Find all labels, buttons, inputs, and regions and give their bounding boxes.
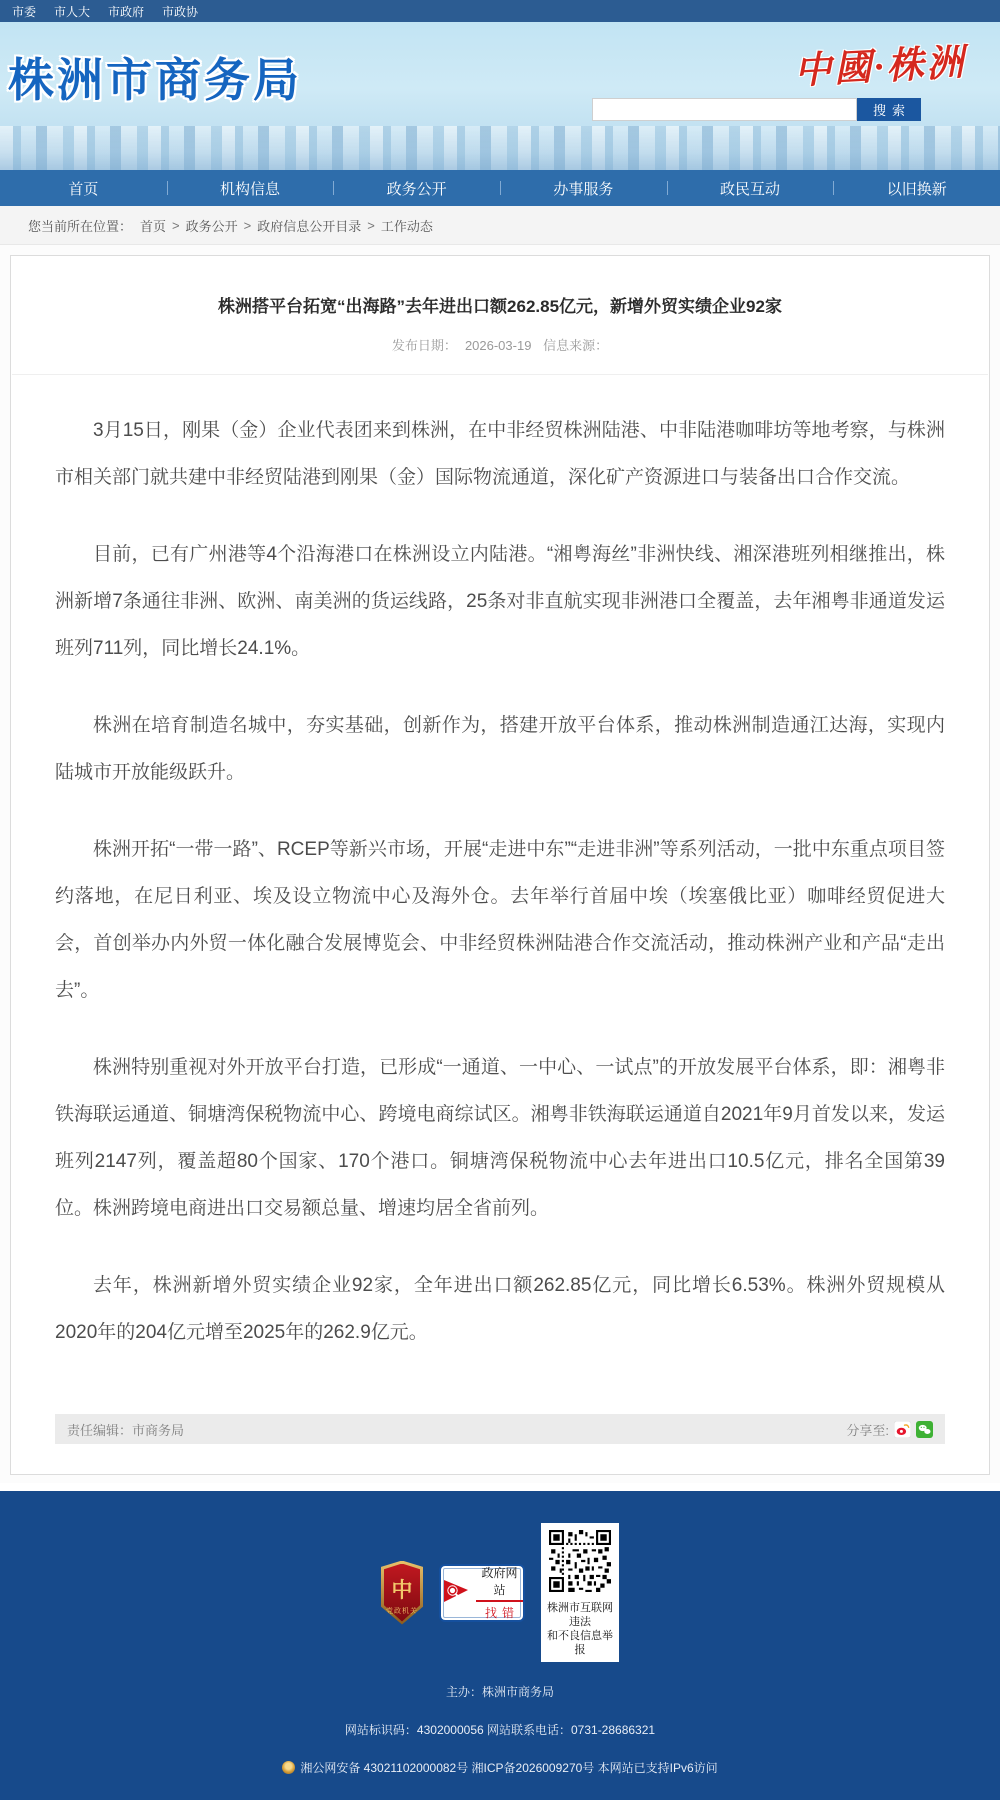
gongan-badge-icon [282, 1761, 295, 1774]
article-paragraph: 去年，株洲新增外贸实绩企业92家，全年进出口额262.85亿元，同比增长6.53… [55, 1262, 945, 1356]
article-paragraph: 株洲特别重视对外开放平台打造，已形成“一通道、一中心、一试点”的开放发展平台体系… [55, 1044, 945, 1232]
topbar-link-shizhengxie[interactable]: 市政协 [162, 3, 198, 20]
article-meta: 发布日期：2026-03-19 信息来源： [11, 335, 989, 374]
city-skyline-image [0, 126, 1000, 170]
article-body: 3月15日，刚果（金）企业代表团来到株洲，在中非经贸株洲陆港、中非陆港咖啡坊等地… [11, 375, 989, 1356]
gov-site-label: 政府网站 [476, 1564, 523, 1602]
main-nav: 首页 机构信息 政务公开 办事服务 政民互动 以旧换新 [0, 170, 1000, 206]
qr-caption-line1: 株洲市互联网违法 [545, 1601, 615, 1629]
qr-caption: 株洲市互联网违法 和不良信息举报 [545, 1601, 615, 1657]
error-report-magnifier-icon [441, 1575, 471, 1610]
find-error-label: 找错 [476, 1604, 523, 1621]
china-zhuzhou-logo: 中國·株洲 [792, 32, 967, 95]
nav-item-org-info[interactable]: 机构信息 [167, 170, 334, 206]
nav-item-home[interactable]: 首页 [0, 170, 167, 206]
host-line: 主办：株洲市商务局 [0, 1683, 1000, 1700]
breadcrumb-separator: > [172, 218, 180, 233]
breadcrumb-current-work-news: 工作动态 [381, 216, 433, 235]
beian-text: 湘公网安备 43021102000082号 湘ICP备2026009270号 本… [300, 1761, 717, 1775]
qr-caption-line2: 和不良信息举报 [545, 1629, 615, 1657]
site-code-line: 网站标识码：4302000056 网站联系电话：0731-28686321 [0, 1721, 1000, 1738]
breadcrumb: 您当前所在位置： 首页 > 政务公开 > 政府信息公开目录 > 工作动态 [0, 206, 1000, 245]
article-paragraph: 株洲在培育制造名城中，夯实基础，创新作为，搭建开放平台体系，推动株洲制造通江达海… [55, 702, 945, 796]
breadcrumb-info-catalog[interactable]: 政府信息公开目录 [257, 216, 361, 235]
breadcrumb-home[interactable]: 首页 [140, 216, 166, 235]
editor-bar: 责任编辑：市商务局 分享至: [55, 1414, 945, 1444]
nav-item-interaction[interactable]: 政民互动 [667, 170, 834, 206]
footer-text: 主办：株洲市商务局 网站标识码：4302000056 网站联系电话：0731-2… [0, 1683, 1000, 1776]
publish-date: 2026-03-19 [465, 338, 532, 353]
shield-emblem-icon: 中 [392, 1574, 413, 1604]
editor-info: 责任编辑：市商务局 [67, 1420, 184, 1439]
search-button[interactable]: 搜索 [857, 98, 921, 121]
topbar-link-shirenda[interactable]: 市人大 [54, 3, 90, 20]
shield-label: 党政机关 [386, 1606, 418, 1625]
weibo-share-icon[interactable] [894, 1421, 911, 1438]
editor-label: 责任编辑： [67, 1423, 132, 1438]
wechat-share-icon[interactable] [916, 1421, 933, 1438]
share-widget: 分享至: [846, 1420, 933, 1439]
article-paragraph: 株洲开拓“一带一路”、RCEP等新兴市场，开展“走进中东”“走进非洲”等系列活动… [55, 826, 945, 1014]
footer-badges: 中 党政机关 政府网站 找错 [0, 1523, 1000, 1662]
report-qr-block: 株洲市互联网违法 和不良信息举报 [541, 1523, 619, 1662]
gov-site-error-report-badge[interactable]: 政府网站 找错 [439, 1564, 525, 1622]
qr-code-image [549, 1530, 611, 1592]
site-title: 株洲市商务局 [8, 44, 302, 110]
breadcrumb-separator: > [244, 218, 252, 233]
breadcrumb-separator: > [367, 218, 375, 233]
beian-line: 湘公网安备 43021102000082号 湘ICP备2026009270号 本… [0, 1759, 1000, 1776]
search-input[interactable] [592, 98, 857, 121]
publish-date-label: 发布日期： [392, 338, 457, 353]
topbar: 市委 市人大 市政府 市政协 [0, 0, 1000, 22]
share-label: 分享至: [846, 1420, 889, 1439]
article-paragraph: 目前，已有广州港等4个沿海港口在株洲设立内陆港。“湘粤海丝”非洲快线、湘深港班列… [55, 531, 945, 672]
topbar-link-shiwei[interactable]: 市委 [12, 3, 36, 20]
content-area: 株洲搭平台拓宽“出海路”去年进出口额262.85亿元，新增外贸实绩企业92家 发… [0, 245, 1000, 1483]
nav-item-gov-disclosure[interactable]: 政务公开 [333, 170, 500, 206]
breadcrumb-gov-disclosure[interactable]: 政务公开 [186, 216, 238, 235]
breadcrumb-prefix: 您当前所在位置： [28, 216, 132, 235]
source-label: 信息来源： [543, 338, 608, 353]
nav-item-services[interactable]: 办事服务 [500, 170, 667, 206]
topbar-link-shizhengfu[interactable]: 市政府 [108, 3, 144, 20]
header-banner: 株洲市商务局 中國·株洲 搜索 [0, 22, 1000, 170]
footer: 中 党政机关 政府网站 找错 [0, 1491, 1000, 1800]
party-gov-shield-badge[interactable]: 中 党政机关 [381, 1561, 423, 1625]
error-report-text: 政府网站 找错 [476, 1564, 523, 1621]
article-panel: 株洲搭平台拓宽“出海路”去年进出口额262.85亿元，新增外贸实绩企业92家 发… [10, 255, 990, 1475]
nav-item-trade-in[interactable]: 以旧换新 [833, 170, 1000, 206]
article-paragraph: 3月15日，刚果（金）企业代表团来到株洲，在中非经贸株洲陆港、中非陆港咖啡坊等地… [55, 407, 945, 501]
host-value: 株洲市商务局 [482, 1685, 554, 1699]
editor-value: 市商务局 [132, 1423, 184, 1438]
search-bar: 搜索 [592, 98, 921, 121]
host-label: 主办： [446, 1685, 482, 1699]
article-title: 株洲搭平台拓宽“出海路”去年进出口额262.85亿元，新增外贸实绩企业92家 [11, 256, 989, 317]
